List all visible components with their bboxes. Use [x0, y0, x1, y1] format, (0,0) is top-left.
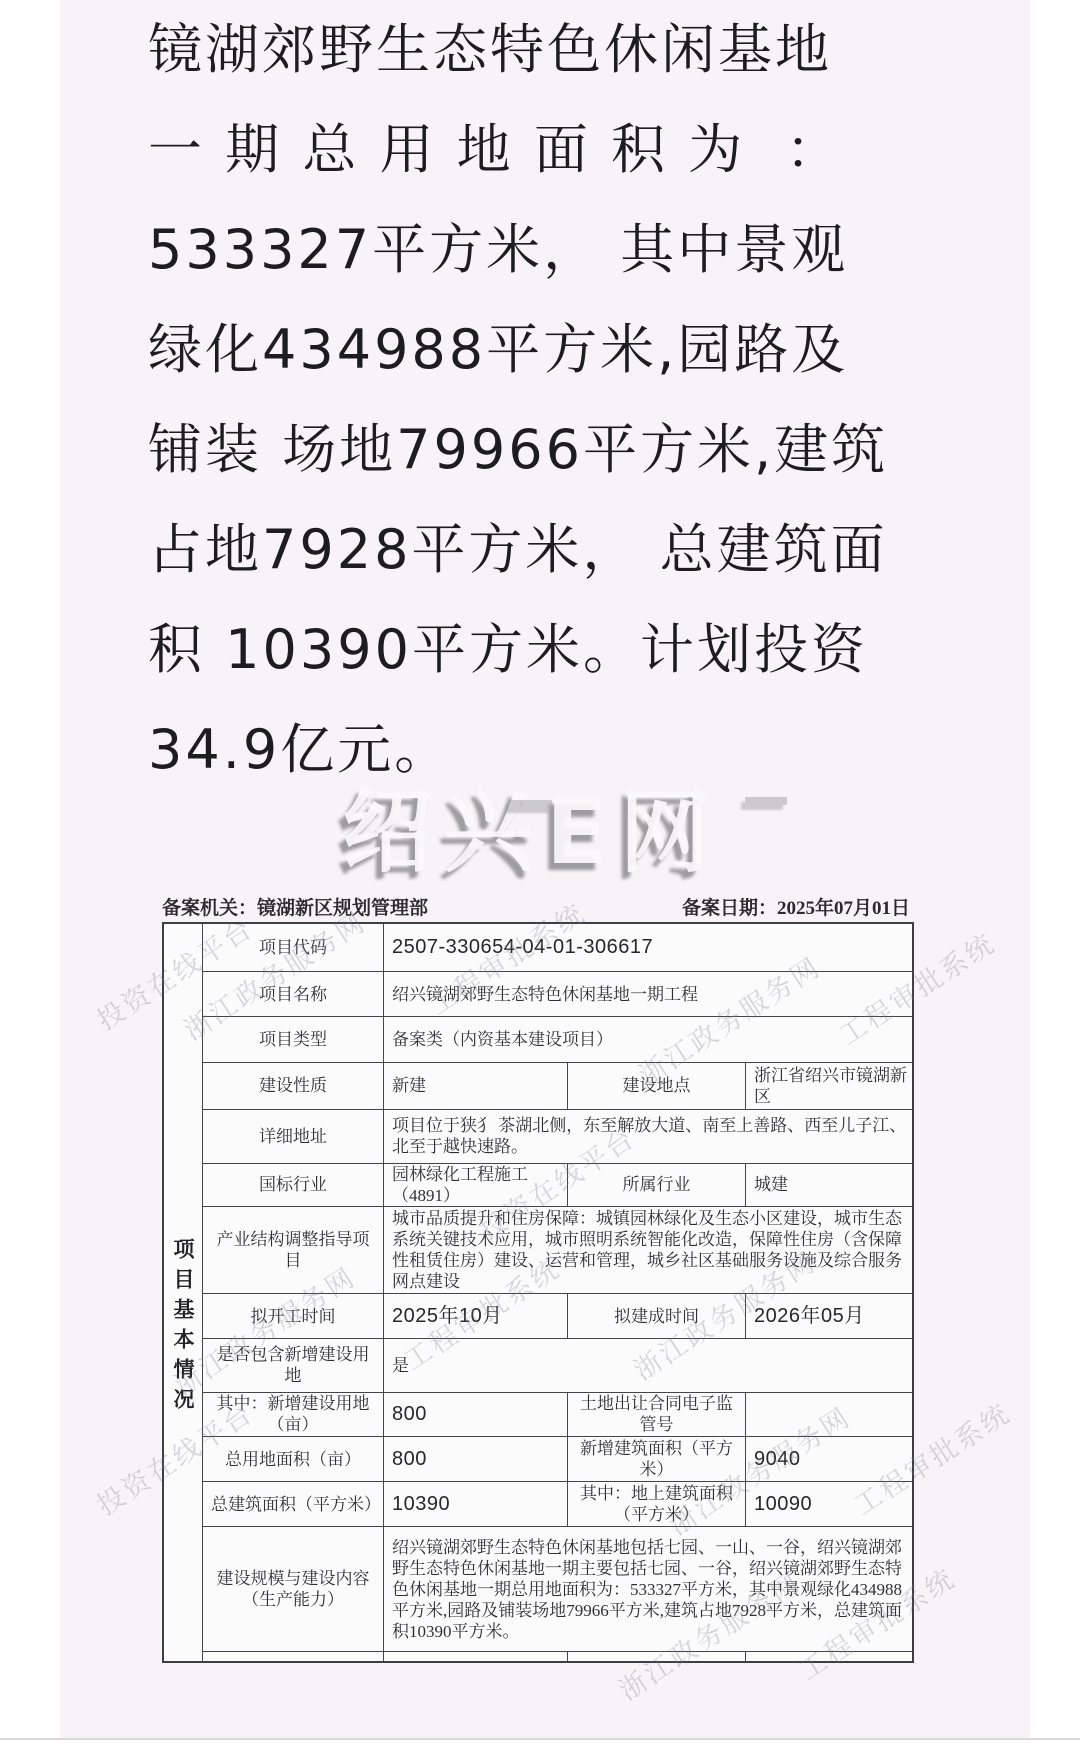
- table-label: 建设性质: [203, 1063, 383, 1109]
- article-line: 积 10390平方米。计划投资: [148, 600, 848, 700]
- table-value: 800: [383, 1393, 567, 1436]
- table-row: 其中：新增建设用地（亩）800土地出让合同电子监管号: [203, 1392, 912, 1436]
- table-value2: 10090: [745, 1482, 912, 1526]
- record-header: 备案机关：镜湖新区规划管理部 备案日期：2025年07月01日: [162, 890, 910, 922]
- table-value: 城市品质提升和住房保障：城镇园林绿化及生态小区建设，城市生态系统关键技术应用，城…: [383, 1207, 912, 1293]
- project-table: 项目基本情况 项目代码2507-330654-04-01-306617项目名称绍…: [162, 922, 914, 1663]
- table-value: 项目位于狭犭 茶湖北侧，东至解放大道、南至上善路、西至儿子江、北至于越快速路。: [383, 1110, 912, 1163]
- table-rows: 项目代码2507-330654-04-01-306617项目名称绍兴镜湖郊野生态…: [203, 924, 912, 1661]
- table-label2: 所属行业: [567, 1164, 745, 1206]
- section-label: 项目基本情况: [168, 1238, 198, 1418]
- table-value: 是: [383, 1339, 912, 1392]
- table-value: 绍兴镜湖郊野生态特色休闲基地一期工程: [383, 972, 912, 1016]
- table-label: 项目名称: [203, 972, 383, 1016]
- table-row: 项目代码2507-330654-04-01-306617: [203, 924, 912, 971]
- table-value: 10390: [383, 1482, 567, 1526]
- table-label2: 新增建筑面积（平方米）: [567, 1437, 745, 1481]
- table-label: 国标行业: [203, 1164, 383, 1206]
- table-label: 总用地面积（亩）: [203, 1437, 383, 1481]
- article-line: 占地7928平方米， 总建筑面: [148, 500, 848, 600]
- table-value2: [745, 1393, 912, 1436]
- table-label2: [567, 1652, 745, 1661]
- table-label2: 拟建成时间: [567, 1294, 745, 1337]
- table-label: 项目类型: [203, 1017, 383, 1061]
- table-label2: 其中：地上建筑面积（平方米）: [567, 1482, 745, 1526]
- table-row: 建设规模与建设内容（生产能力）绍兴镜湖郊野生态特色休闲基地包括七园、一山、一谷，…: [203, 1526, 912, 1651]
- table-label: 拟开工时间: [203, 1294, 383, 1337]
- table-label: 项目代码: [203, 924, 383, 971]
- table-value2: 浙江省绍兴市镜湖新区: [745, 1063, 912, 1109]
- table-label: 建设规模与建设内容（生产能力）: [203, 1527, 383, 1651]
- article-line: 533327平方米， 其中景观: [148, 200, 848, 300]
- table-row: 建设性质新建建设地点浙江省绍兴市镜湖新区: [203, 1062, 912, 1109]
- table-row: 产业结构调整指导项目城市品质提升和住房保障：城镇园林绿化及生态小区建设，城市生态…: [203, 1206, 912, 1293]
- table-label: 是否包含新增建设用地: [203, 1339, 383, 1392]
- table-label: 总建筑面积（平方米）: [203, 1482, 383, 1526]
- table-value: 绍兴镜湖郊野生态特色休闲基地包括七园、一山、一谷，绍兴镜湖郊野生态特色休闲基地一…: [383, 1527, 912, 1651]
- table-value: 园林绿化工程施工（4891）: [383, 1164, 567, 1206]
- bottom-strip: [0, 1740, 1080, 1747]
- table-row: 详细地址项目位于狭犭 茶湖北侧，东至解放大道、南至上善路、西至儿子江、北至于越快…: [203, 1109, 912, 1163]
- table-row: [203, 1651, 912, 1661]
- table-row: 拟开工时间2025年10月拟建成时间2026年05月: [203, 1293, 912, 1337]
- table-value2: 2026年05月: [745, 1294, 912, 1337]
- table-label: 其中：新增建设用地（亩）: [203, 1393, 383, 1436]
- section-column: 项目基本情况: [164, 924, 203, 1661]
- article-line: 一 期 总 用 地 面 积 为 ：: [148, 100, 848, 200]
- table-value: 2025年10月: [383, 1294, 567, 1337]
- table-label: [203, 1652, 383, 1661]
- table-label: 详细地址: [203, 1110, 383, 1163]
- article-line: 34.9亿元。: [148, 700, 848, 800]
- article-line: 绿化434988平方米,园路及: [148, 300, 848, 400]
- table-row: 是否包含新增建设用地是: [203, 1338, 912, 1392]
- table-label2: 土地出让合同电子监管号: [567, 1393, 745, 1436]
- table-label2: 建设地点: [567, 1063, 745, 1109]
- table-row: 总用地面积（亩）800新增建筑面积（平方米）9040: [203, 1436, 912, 1481]
- table-row: 国标行业园林绿化工程施工（4891）所属行业城建: [203, 1163, 912, 1206]
- article: 镜湖郊野生态特色休闲基地一 期 总 用 地 面 积 为 ：533327平方米， …: [148, 0, 848, 800]
- table-value2: [745, 1652, 912, 1661]
- table-row: 总建筑面积（平方米）10390其中：地上建筑面积（平方米）10090: [203, 1481, 912, 1526]
- table-value: [383, 1652, 567, 1661]
- table-value2: 9040: [745, 1437, 912, 1481]
- table-row: 项目名称绍兴镜湖郊野生态特色休闲基地一期工程: [203, 971, 912, 1016]
- record-date: 备案日期：2025年07月01日: [682, 893, 910, 920]
- table-value: 备案类（内资基本建设项目）: [383, 1017, 912, 1061]
- article-line: 铺装 场地79966平方米,建筑: [148, 400, 848, 500]
- table-row: 项目类型备案类（内资基本建设项目）: [203, 1016, 912, 1061]
- page: 镜湖郊野生态特色休闲基地一 期 总 用 地 面 积 为 ：533327平方米， …: [0, 0, 1080, 1747]
- article-line: 镜湖郊野生态特色休闲基地: [148, 0, 848, 100]
- table-value: 新建: [383, 1063, 567, 1109]
- table-value: 800: [383, 1437, 567, 1481]
- table-value: 2507-330654-04-01-306617: [383, 924, 912, 971]
- table-label: 产业结构调整指导项目: [203, 1207, 383, 1293]
- record-authority: 备案机关：镜湖新区规划管理部: [162, 893, 428, 920]
- table-value2: 城建: [745, 1164, 912, 1206]
